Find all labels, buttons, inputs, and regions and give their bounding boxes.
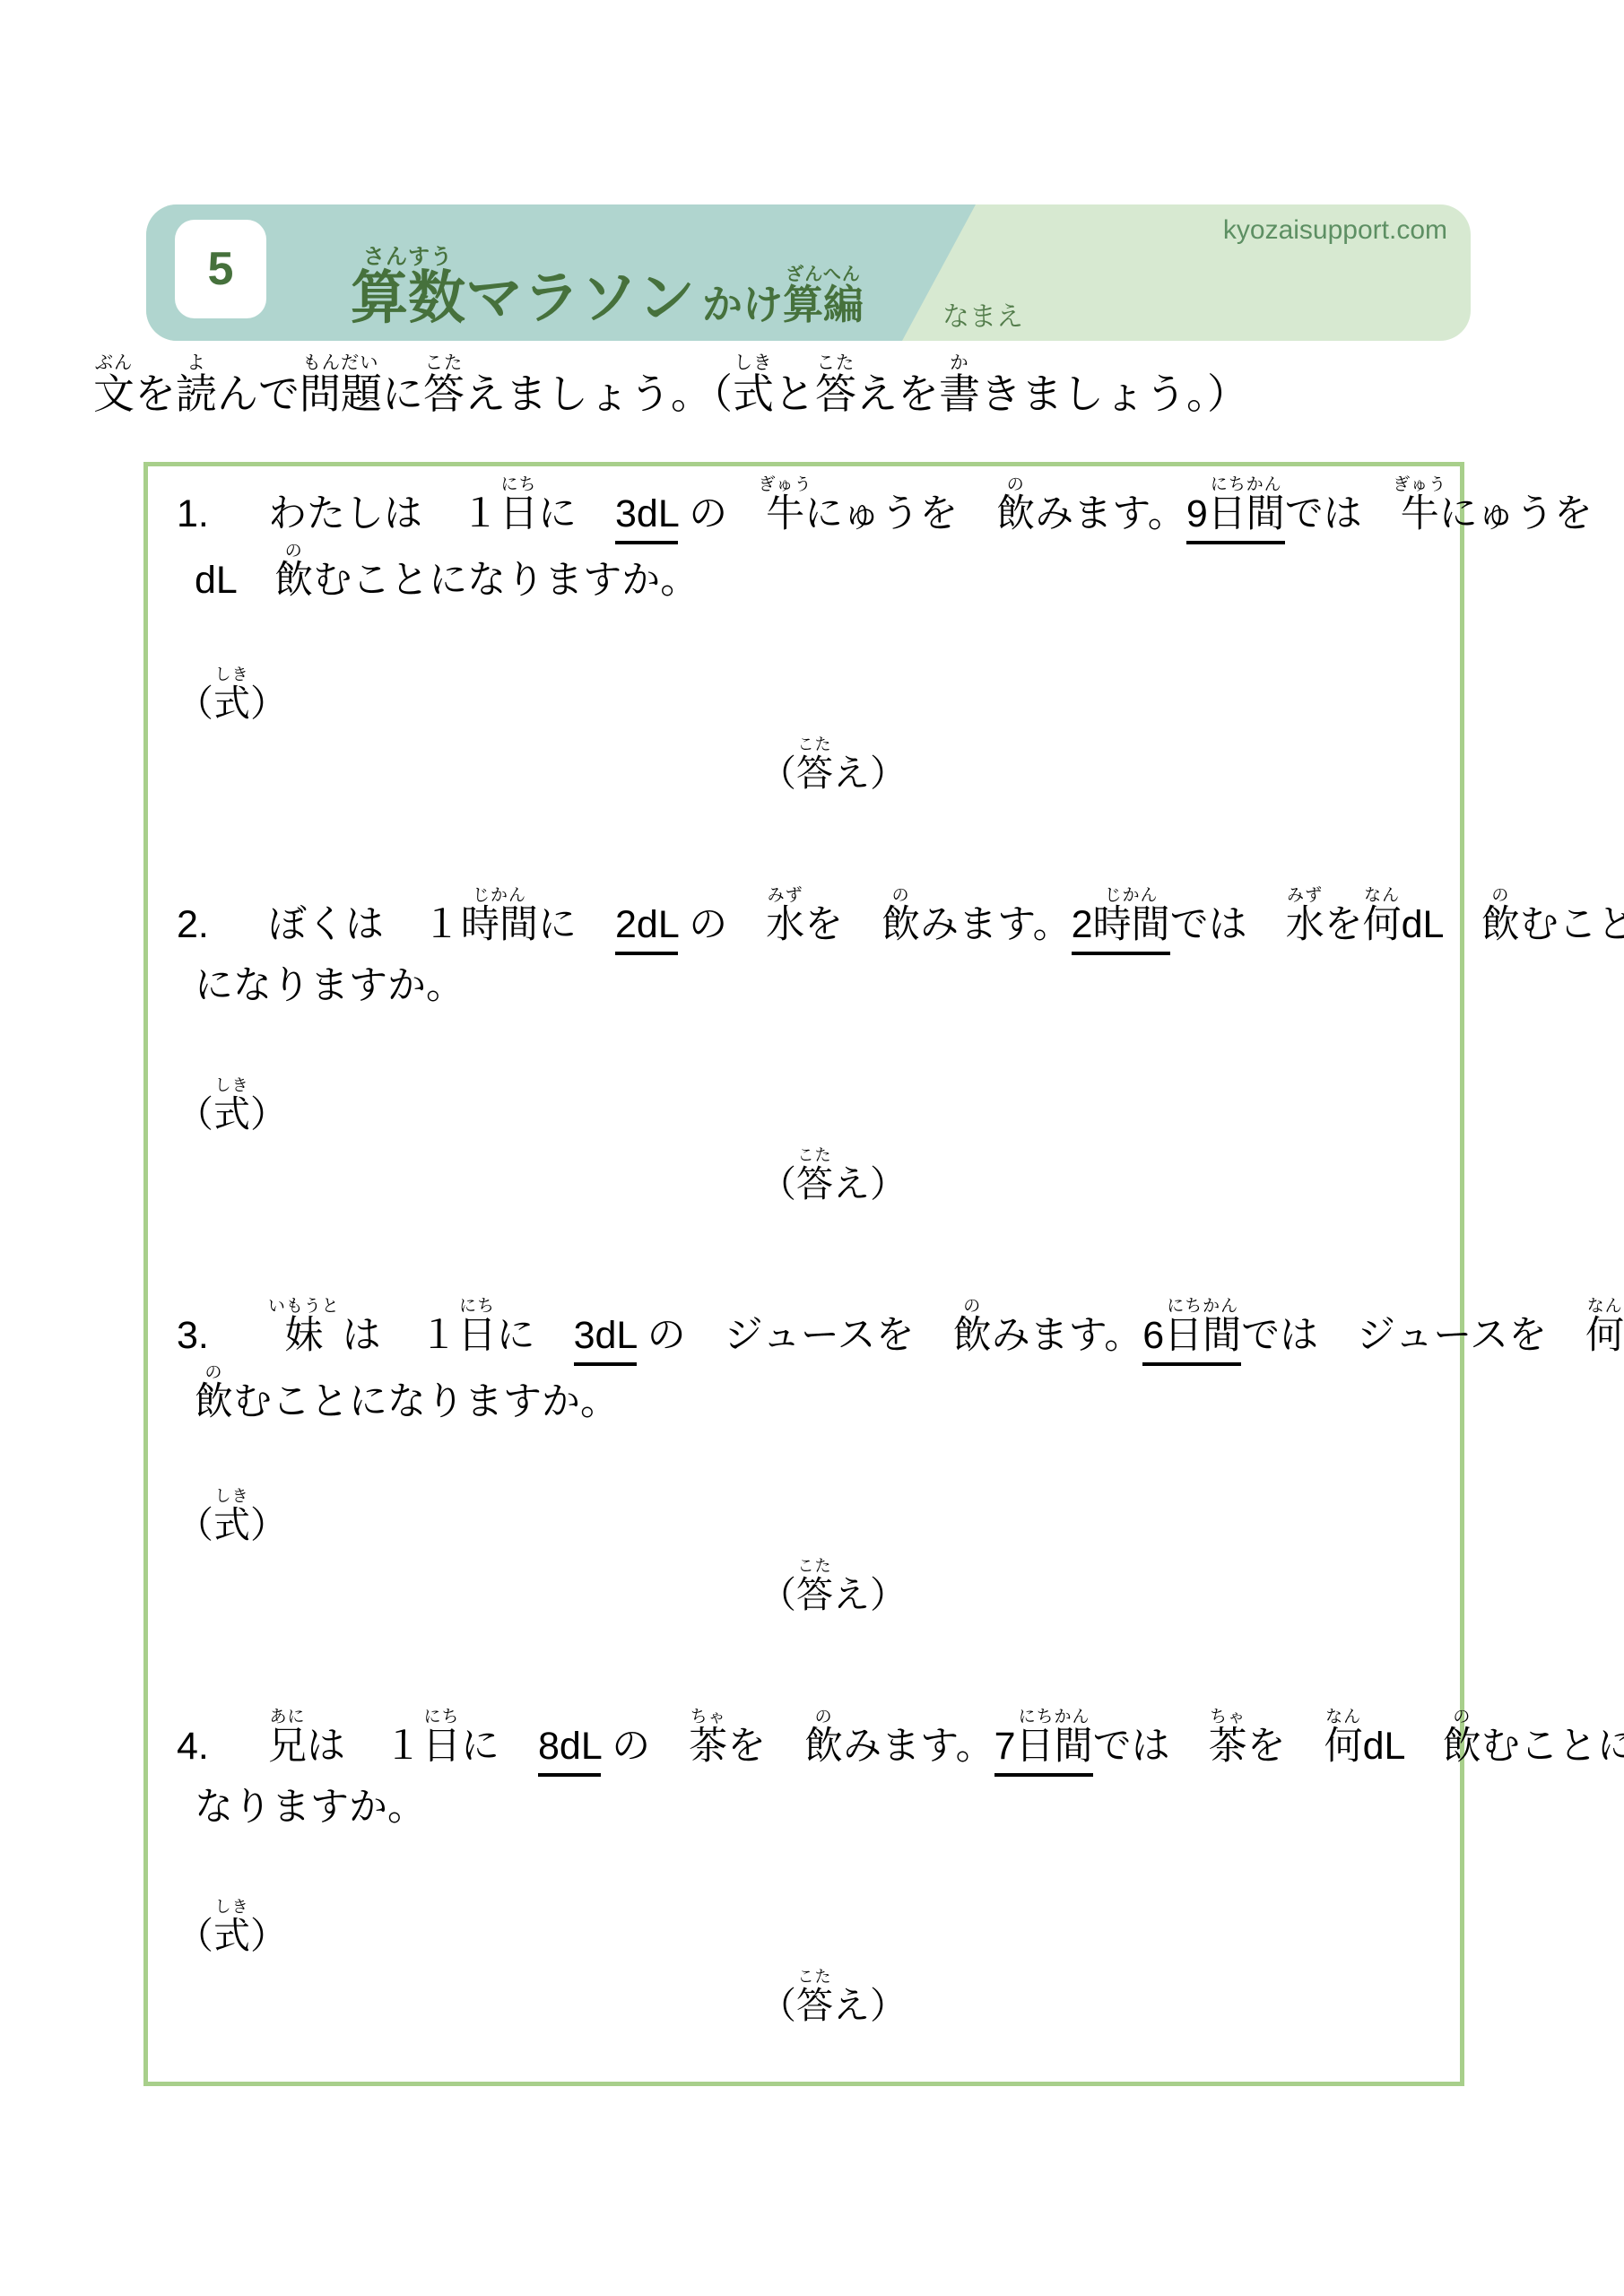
question-1-line-1: 1.わたしは １日にちに 3dL の 牛ぎゅうにゅうを 飲のみます。9日間にちか… <box>195 475 1433 542</box>
question-4-answer-label: （答こたえ） <box>760 1968 1433 2031</box>
title-main: 算数さんすうマラソン <box>351 245 695 326</box>
questions-box: 1.わたしは １日にちに 3dL の 牛ぎゅうにゅうを 飲のみます。9日間にちか… <box>143 462 1464 2086</box>
question-2-answer-label: （答こたえ） <box>760 1146 1433 1209</box>
question-1-line-2: dL 飲のむことになりますか。 <box>195 542 1433 608</box>
header-band: 5 算数さんすうマラソン かけ算編ざんへん なまえ kyozaisupport.… <box>146 204 1471 341</box>
question-block-4: 4.兄あには １日にちに 8dL の 茶ちゃを 飲のみます。7日間にちかんでは … <box>195 1708 1433 2031</box>
name-label: なまえ <box>942 294 1023 334</box>
site-url: kyozaisupport.com <box>1223 215 1447 246</box>
question-1-formula-label: （式しき） <box>177 665 1433 728</box>
question-3-text: 妹いもうと は １日にちに 3dL の ジュースを 飲のみます。6日間にちかんで… <box>268 1314 1624 1366</box>
question-2-formula-label: （式しき） <box>177 1076 1433 1139</box>
title-subtitle: かけ算編ざんへん <box>702 265 864 325</box>
question-2-text: ぼくは １時間じかんに 2dL の 水みずを 飲のみます。2時間じかんでは 水み… <box>268 903 1624 955</box>
question-block-2: 2.ぼくは １時間じかんに 2dL の 水みずを 飲のみます。2時間じかんでは … <box>195 886 1433 1209</box>
question-3-number: 3. <box>177 1302 268 1369</box>
question-3-line-2: 飲のむことになりますか。 <box>195 1363 1433 1430</box>
question-4-text: 兄あには １日にちに 8dL の 茶ちゃを 飲のみます。7日間にちかんでは 茶ち… <box>268 1725 1624 1777</box>
question-1-number: 1. <box>177 481 268 547</box>
worksheet-number: 5 <box>208 242 234 296</box>
question-2-line-2: になりますか。 <box>195 952 1433 1019</box>
question-4-number: 4. <box>177 1713 268 1779</box>
question-2-number: 2. <box>177 891 268 958</box>
question-4-line-2: なりますか。 <box>195 1774 1433 1840</box>
question-3-line-1: 3.妹いもうと は １日にちに 3dL の ジュースを 飲のみます。6日間にちか… <box>195 1297 1433 1363</box>
worksheet-number-badge: 5 <box>175 220 266 318</box>
question-4-line-1: 4.兄あには １日にちに 8dL の 茶ちゃを 飲のみます。7日間にちかんでは … <box>195 1708 1433 1774</box>
question-3-formula-label: （式しき） <box>177 1487 1433 1550</box>
question-block-1: 1.わたしは １日にちに 3dL の 牛ぎゅうにゅうを 飲のみます。9日間にちか… <box>195 475 1433 798</box>
question-1-answer-label: （答こたえ） <box>760 735 1433 798</box>
question-3-answer-label: （答こたえ） <box>760 1557 1433 1620</box>
question-2-line-1: 2.ぼくは １時間じかんに 2dL の 水みずを 飲のみます。2時間じかんでは … <box>195 886 1433 952</box>
instruction-text: 文ぶんを読よんで問題もんだいに答こたえましょう。（式しきと答こたえを書かきましょ… <box>93 353 1248 425</box>
question-1-text: わたしは １日にちに 3dL の 牛ぎゅうにゅうを 飲のみます。9日間にちかんで… <box>268 492 1624 544</box>
question-4-formula-label: （式しき） <box>177 1898 1433 1961</box>
question-block-3: 3.妹いもうと は １日にちに 3dL の ジュースを 飲のみます。6日間にちか… <box>195 1297 1433 1620</box>
worksheet-title: 算数さんすうマラソン かけ算編ざんへん <box>351 245 864 326</box>
